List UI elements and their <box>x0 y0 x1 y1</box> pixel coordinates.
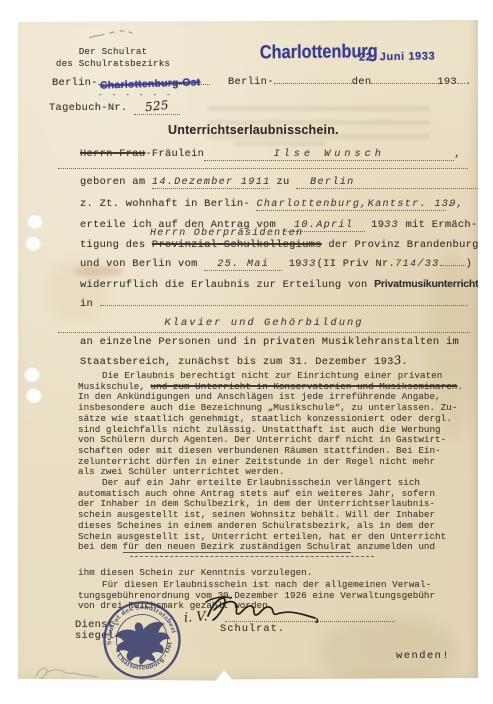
p1-l2-pre: Musikschule, <box>78 381 151 392</box>
scope-line2-text: Staatsbereich, zunächst bis zum 31. Deze… <box>80 356 394 368</box>
office-blank-field: Charlottenburg-Ost <box>98 84 210 85</box>
dateline-year: 193 <box>437 76 457 88</box>
residence-line: z. Zt. wohnhaft in Berlin- Charlottenbur… <box>80 198 453 211</box>
residence-period: . <box>446 198 453 210</box>
ref-open: (II Priv Nr. <box>317 258 395 270</box>
signature-bleed-through <box>32 664 102 682</box>
scope-line1: an einzelne Personen und in privaten Mus… <box>80 336 459 348</box>
ref-close: ) <box>466 258 473 270</box>
turn-note: wenden! <box>396 650 450 662</box>
berlin-date-line: und von Berlin vom 25. Mai 1933(II Priv … <box>80 258 472 271</box>
berlin-date-prefix: und von Berlin vom <box>80 258 198 270</box>
application-year-printed: 19 <box>371 219 384 231</box>
addressee-name: Ilse Wunsch <box>274 149 385 160</box>
residence-label: z. Zt. wohnhaft in Berlin- <box>80 198 250 210</box>
year-blank-field <box>457 83 465 84</box>
subject-value: Klavier und Gehörbildung <box>164 317 363 329</box>
born-line: geboren am 14.Dezember 1911 zu Berlin, <box>80 176 487 189</box>
authority-line: tigung des Provinzial-Schulkollegiums de… <box>80 239 479 251</box>
scope-year-handwritten: 3 <box>393 353 402 368</box>
signature-rule <box>225 620 395 622</box>
in-label: in <box>80 298 93 310</box>
diary-value-handwritten: 525 <box>144 98 169 114</box>
document-paper: Der Schulrat des Schulratsbezirks Charlo… <box>18 20 478 682</box>
scope-line2: Staatsbereich, zunächst bis zum 31. Deze… <box>80 353 408 368</box>
pencil-mark <box>88 28 134 42</box>
p1-l2-struck: und zum Unterricht in Konservatorien und… <box>151 381 458 392</box>
p2-last-pre: bei dem <box>78 541 123 552</box>
residence-field: Charlottenburg,Kantstr. 139, <box>256 198 446 211</box>
name-field: Ilse Wunsch <box>204 148 454 161</box>
paragraph-line: bei dem für den neuen Bezirk zuständigen… <box>78 542 472 553</box>
diary-label: Tagebuch-Nr. <box>49 102 127 114</box>
birthdate-field: 14.Dezember 1911 <box>152 176 270 189</box>
birthplace-field: Berlin <box>296 176 480 189</box>
diary-value-field: 525 <box>134 99 180 115</box>
subject-line: Klavier und Gehörbildung <box>58 312 470 333</box>
letterhead-line2: des Schulratsbezirks <box>38 58 188 70</box>
berlin-date-field: 25. Mai <box>204 258 282 271</box>
dashed-underline <box>130 556 374 557</box>
signer-role: Schulrat. <box>220 623 285 635</box>
paragraph-1: Die Erlaubnis berechtigt nicht zur Einri… <box>78 371 472 478</box>
dateline-period: . <box>465 76 472 88</box>
in-line: in <box>80 298 468 310</box>
punch-hole <box>26 387 42 403</box>
p2-last-underlined: für den neuen Bezirk zuständigen Schulra… <box>123 541 352 553</box>
born-zu: zu <box>276 176 289 188</box>
ref-blank <box>440 265 466 266</box>
letterhead-line1: Der Schulrat <box>38 46 188 58</box>
scanned-document-page: Der Schulrat des Schulratsbezirks Charlo… <box>0 0 493 704</box>
born-label: geboren am <box>80 176 145 188</box>
grant-emphasis: Privatmusikunterricht <box>374 278 478 290</box>
paragraph-line: dieses Scheines in einem anderen Schulra… <box>78 521 472 532</box>
berlin-year-printed: 19 <box>289 258 302 270</box>
authority-suffix: der Provinz Brandenburg <box>328 239 478 251</box>
application-year-fill: 33 <box>384 220 399 231</box>
ref-value: 714/33 <box>395 259 439 270</box>
office-stamp-struck: Charlottenburg-Ost <box>100 76 201 91</box>
dateline-prefix: Berlin- <box>228 76 274 88</box>
authority-prefix: tigung des <box>80 239 145 251</box>
iv-handwritten: i. V. <box>184 609 209 626</box>
birthdate-value: 14.Dezember 1911 <box>152 177 271 188</box>
grant-text: widerruflich die Erlaubnis zur Erteilung… <box>80 279 368 291</box>
salutation-struck: Herrn-Frau <box>80 148 145 160</box>
birthplace-value: Berlin <box>310 177 354 188</box>
berlin-year-fill: 33 <box>302 259 317 270</box>
residence-value: Charlottenburg,Kantstr. 139, <box>256 199 464 210</box>
p2-last-post: anzumelden und <box>351 541 435 552</box>
application-suffix: mit Ermäch- <box>406 219 478 231</box>
punch-hole <box>27 213 43 229</box>
addressee-line: Herrn-Frau-FräuleinIlse Wunsch, <box>80 148 461 161</box>
authority-struck: Provinzial-Schulkollegiums <box>152 239 322 251</box>
office-prefix: Berlin- <box>52 77 98 89</box>
salutation: -Fräulein <box>145 148 204 160</box>
addressee-comma: , <box>454 148 461 160</box>
city-blank-field <box>274 83 352 84</box>
insertion-line: Herrn Oberpräsidenten <box>150 228 303 239</box>
diary-number-line: Tagebuch-Nr. 525 <box>49 99 180 115</box>
date-line: Berlin-den193. <box>228 76 472 88</box>
paragraph-2-continuation: ihm diesen Schein zur Kenntnis vorzulege… <box>78 568 312 579</box>
grant-line: widerruflich die Erlaubnis zur Erteilung… <box>80 278 478 291</box>
office-line: Berlin-Charlottenburg-Ost <box>52 77 210 89</box>
berlin-date-value: 25. Mai <box>217 259 269 270</box>
p1-l2-post: . <box>457 381 463 392</box>
in-blank-field <box>100 305 468 306</box>
born-comma: , <box>480 176 487 188</box>
date-rubber-stamp: 22. Juni 1933 <box>359 50 435 63</box>
letterhead: Der Schulrat des Schulratsbezirks <box>38 46 188 70</box>
paragraph-2: Der auf ein Jahr erteilte Erlaubnisschei… <box>78 478 472 553</box>
date-blank-field <box>371 83 437 84</box>
paragraph-line: sätze wie staatlich genehmigt, staatlich… <box>78 414 472 425</box>
dateline-den: den <box>352 76 372 88</box>
blank-rule-line <box>58 167 468 169</box>
document-title: Unterrichtserlaubnisschein. <box>168 123 333 137</box>
punch-hole <box>24 366 40 382</box>
punch-hole <box>25 235 41 251</box>
